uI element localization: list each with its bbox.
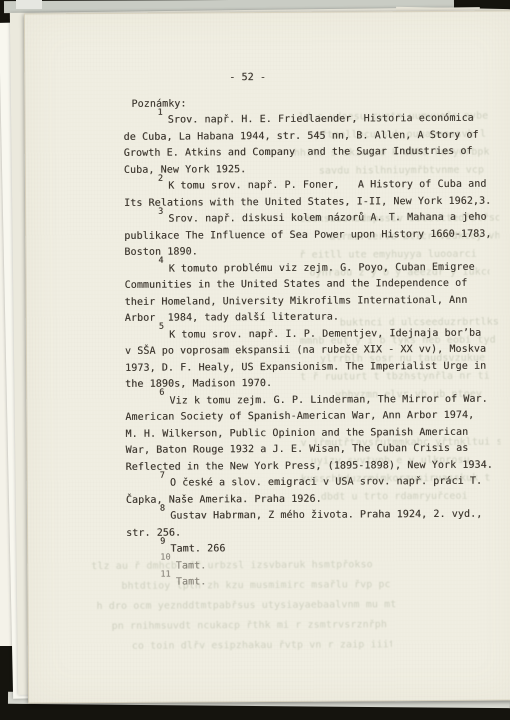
footnote-text: Tamt. — [176, 560, 207, 571]
footnote-item: 6Viz k tomu zejm. G. P. Linderman, The M… — [125, 391, 507, 476]
footnote-text: Viz k tomu zejm. G. P. Linderman, The Mi… — [125, 393, 493, 472]
scanned-document: ld c ydoesu cyztn uumuueřs nvbetpřtpallb… — [0, 0, 510, 720]
footnote-text: Tamt. 266 — [170, 543, 225, 554]
footnote-item: 2K tomu srov. např. P. Foner, A History … — [124, 177, 506, 212]
footnote-text: K tomu srov. např. P. Foner, A History o… — [124, 179, 491, 209]
footnote-item: 11Tamt. — [126, 573, 508, 592]
footnote-item: 1Srov. např. H. E. Friedlaender, Histori… — [124, 111, 506, 179]
footnote-item: 3Srov. např. diskusi kolem názorů A. T. … — [124, 210, 506, 262]
bleedthrough-text: pn rnihmsuvdt ncukacp řthk mi r zsmtrvsr… — [112, 619, 402, 632]
bleedthrough-text: h dro ocm yeznddtmtpabřsus utysiayaebaal… — [96, 599, 406, 612]
footnote-text: O české a slov. emigraci v USA srov. nap… — [126, 476, 482, 506]
bleedthrough-text: co toin dlřv esipzhakau řvtp vn r zaip i… — [132, 639, 392, 652]
footnote-item: 7O české a slov. emigraci v USA srov. na… — [126, 474, 508, 509]
page-sheet: ld c ydoesu cyztn uumuueřs nvbetpřtpallb… — [24, 11, 510, 704]
footnote-text: Srov. např. diskusi kolem názorů A. T. M… — [124, 212, 491, 258]
footnote-text: Gustav Habrman, Z mého života. Praha 192… — [126, 509, 482, 539]
footnote-item: 8Gustav Habrman, Z mého života. Praha 19… — [126, 507, 508, 542]
page-content: - 52 - Poznámky: 1Srov. např. H. E. Frie… — [123, 69, 508, 592]
footnote-item: 4K tomuto problému viz zejm. G. Poyo, Cu… — [124, 259, 506, 327]
footnote-text: K tomu srov. např. I. P. Dementjev, Idej… — [125, 327, 486, 390]
footnote-text: Tamt. — [176, 576, 207, 587]
footnote-list: 1Srov. např. H. E. Friedlaender, Histori… — [124, 111, 509, 592]
footnote-text: Srov. např. H. E. Friedlaender, Historia… — [124, 113, 479, 176]
page-number: - 52 - — [229, 69, 505, 87]
footnote-text: K tomuto problému viz zejm. G. Poyo, Cub… — [125, 261, 475, 324]
scanner-top-strip-detail — [16, 0, 42, 9]
footnote-item: 5K tomu srov. např. I. P. Dementjev, Ide… — [125, 325, 507, 393]
